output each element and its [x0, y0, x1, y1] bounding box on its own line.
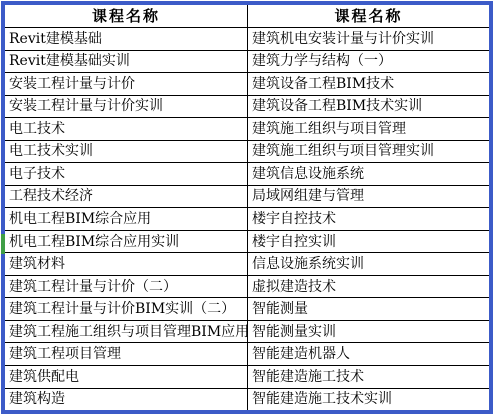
table-row: 安装工程计量与计价建筑设备工程BIM技术: [5, 73, 489, 96]
table-row: 电子技术建筑信息设施系统: [5, 163, 489, 186]
course-cell-left: 安装工程计量与计价实训: [5, 96, 248, 118]
course-cell-right: 智能建造施工技术实训: [248, 389, 489, 411]
course-cell-right: 信息设施系统实训: [248, 253, 489, 275]
table-row: 机电工程BIM综合应用实训楼宇自控实训: [5, 231, 489, 254]
table-row: 建筑工程项目管理智能建造机器人: [5, 343, 489, 366]
document-page: 课程名称 课程名称 Revit建模基础建筑机电安装计量与计价实训Revit建模基…: [0, 0, 501, 418]
left-edge-marker: [1, 234, 5, 254]
course-cell-left: 建筑工程施工组织与项目管理BIM应用实训: [5, 321, 248, 343]
course-cell-right: 建筑机电安装计量与计价实训: [248, 28, 489, 50]
course-cell-right: 楼宇自控实训: [248, 231, 489, 253]
table-row: 电工技术建筑施工组织与项目管理: [5, 118, 489, 141]
course-cell-left: Revit建模基础实训: [5, 51, 248, 73]
course-cell-right: 建筑力学与结构（一）: [248, 51, 489, 73]
table-row: Revit建模基础实训建筑力学与结构（一）: [5, 51, 489, 74]
course-cell-left: 建筑工程计量与计价（二）: [5, 276, 248, 298]
course-cell-left: 电子技术: [5, 163, 248, 185]
course-cell-left: 工程技术经济: [5, 186, 248, 208]
table-header-row: 课程名称 课程名称: [5, 5, 489, 28]
course-cell-right: 智能测量: [248, 298, 489, 320]
course-cell-left: 机电工程BIM综合应用实训: [5, 231, 248, 253]
table-row: 建筑构造智能建造施工技术实训: [5, 389, 489, 411]
course-cell-right: 建筑施工组织与项目管理: [248, 118, 489, 140]
course-cell-right: 建筑施工组织与项目管理实训: [248, 141, 489, 163]
table-row: 建筑工程计量与计价（二）虚拟建造技术: [5, 276, 489, 299]
course-cell-right: 智能建造机器人: [248, 343, 489, 365]
table-row: 工程技术经济局域网组建与管理: [5, 186, 489, 209]
course-cell-left: 建筑构造: [5, 389, 248, 411]
course-cell-left: 电工技术: [5, 118, 248, 140]
table-row: 安装工程计量与计价实训建筑设备工程BIM技术实训: [5, 96, 489, 119]
column-header-right: 课程名称: [248, 5, 489, 27]
course-cell-left: 安装工程计量与计价: [5, 73, 248, 95]
course-cell-right: 建筑设备工程BIM技术: [248, 73, 489, 95]
course-cell-left: 建筑材料: [5, 253, 248, 275]
course-cell-right: 楼宇自控技术: [248, 208, 489, 230]
course-cell-left: 建筑工程计量与计价BIM实训（二）: [5, 298, 248, 320]
column-header-left: 课程名称: [5, 5, 248, 27]
course-cell-left: 建筑供配电: [5, 366, 248, 388]
course-cell-right: 建筑设备工程BIM技术实训: [248, 96, 489, 118]
table-row: 电工技术实训建筑施工组织与项目管理实训: [5, 141, 489, 164]
table-row: 建筑材料信息设施系统实训: [5, 253, 489, 276]
course-cell-right: 智能测量实训: [248, 321, 489, 343]
course-cell-right: 虚拟建造技术: [248, 276, 489, 298]
table-row: Revit建模基础建筑机电安装计量与计价实训: [5, 28, 489, 51]
course-cell-left: Revit建模基础: [5, 28, 248, 50]
table-row: 建筑供配电智能建造施工技术: [5, 366, 489, 389]
table-row: 建筑工程施工组织与项目管理BIM应用实训智能测量实训: [5, 321, 489, 344]
course-cell-right: 建筑信息设施系统: [248, 163, 489, 185]
course-cell-left: 机电工程BIM综合应用: [5, 208, 248, 230]
course-table: 课程名称 课程名称 Revit建模基础建筑机电安装计量与计价实训Revit建模基…: [1, 1, 493, 414]
course-cell-right: 局域网组建与管理: [248, 186, 489, 208]
course-cell-right: 智能建造施工技术: [248, 366, 489, 388]
course-cell-left: 建筑工程项目管理: [5, 343, 248, 365]
course-cell-left: 电工技术实训: [5, 141, 248, 163]
table-row: 建筑工程计量与计价BIM实训（二）智能测量: [5, 298, 489, 321]
table-row: 机电工程BIM综合应用楼宇自控技术: [5, 208, 489, 231]
